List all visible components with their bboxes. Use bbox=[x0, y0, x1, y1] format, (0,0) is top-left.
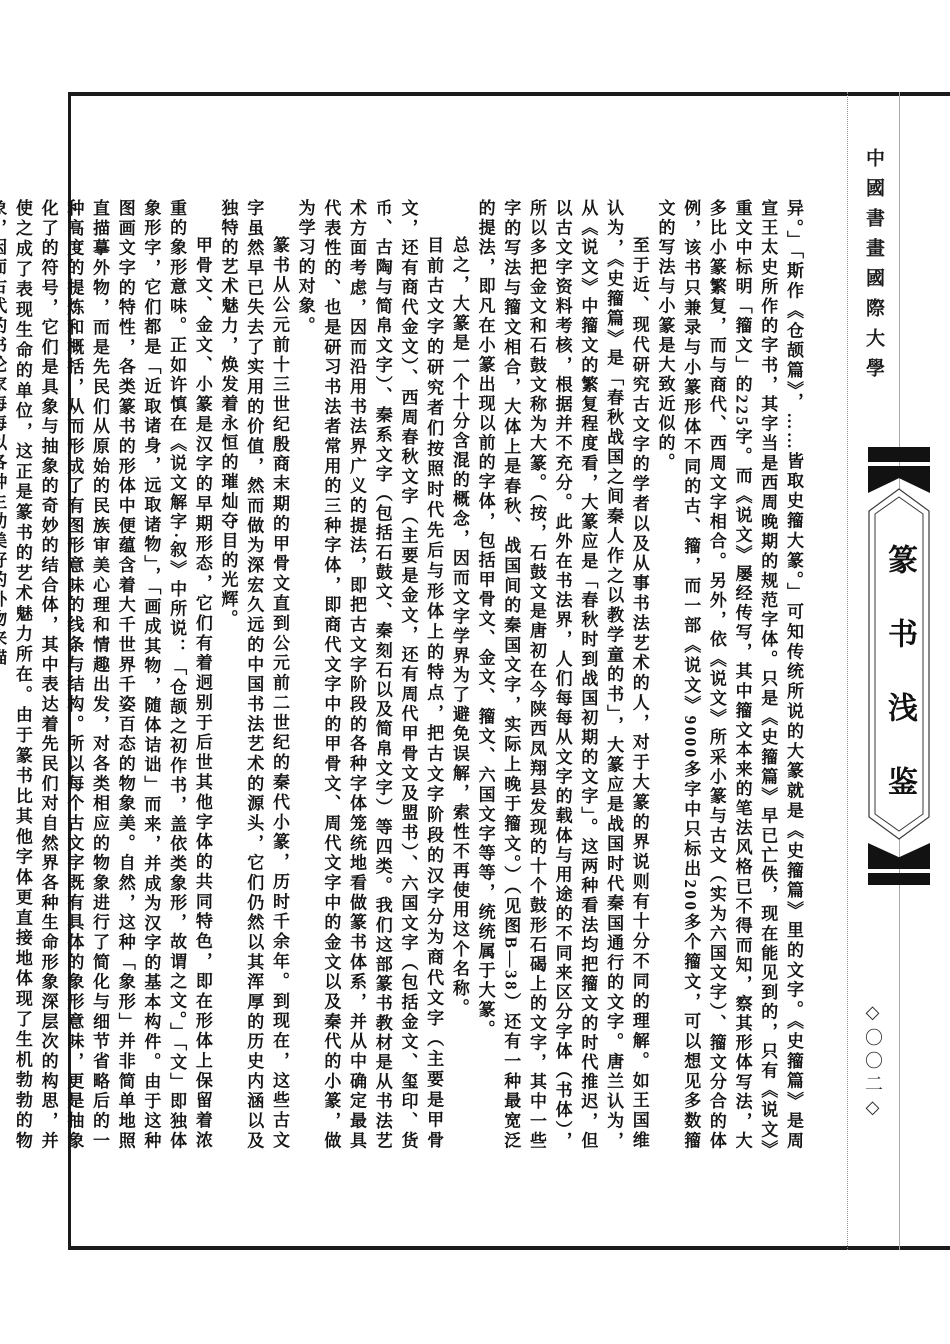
banner-title-text: 篆书浅鉴 bbox=[868, 544, 930, 854]
main-text: 异。」「斯作《仓颉篇》，……皆取史籀大篆。」可知传统所说的大篆就是《史籀篇》里的… bbox=[106, 199, 806, 1151]
banner-top-bar bbox=[868, 447, 930, 462]
paragraph: 至于近、现代研究古文字的学者以及从事书法艺术的人，对于大篆的界说则有十分不同的理… bbox=[472, 199, 652, 1151]
sidebar-divider-line bbox=[847, 92, 848, 1250]
paragraph: 异。」「斯作《仓颉篇》，……皆取史籀大篆。」可知传统所说的大篆就是《史籀篇》里的… bbox=[652, 199, 806, 1151]
banner-bottom-bar bbox=[868, 873, 930, 885]
paragraph: 目前古文字的研究者们按照时代先后与形体上的特点，把古文字阶段的汉字分为商代文字（… bbox=[292, 199, 446, 1151]
university-name-vertical: 中國書畫國際大學 bbox=[857, 148, 889, 398]
paragraph: 总之，大篆是一个十分含混的概念，因而文字学界为了避免误解，索性不再使用这个名称。 bbox=[446, 199, 472, 1151]
page-number: ◇〇〇二◇ bbox=[859, 1002, 887, 1142]
paragraph: 甲骨文、金文、小篆是汉字的早期形态，它们有着迥别于后世其他字体的共同特色，即在形… bbox=[0, 199, 215, 1151]
paragraph: 篆书从公元前十三世纪殷商末期的甲骨文直到公元前二世纪的秦代小篆，历时千余年。到现… bbox=[215, 199, 292, 1151]
title-banner: 篆书浅鉴 bbox=[868, 447, 930, 888]
